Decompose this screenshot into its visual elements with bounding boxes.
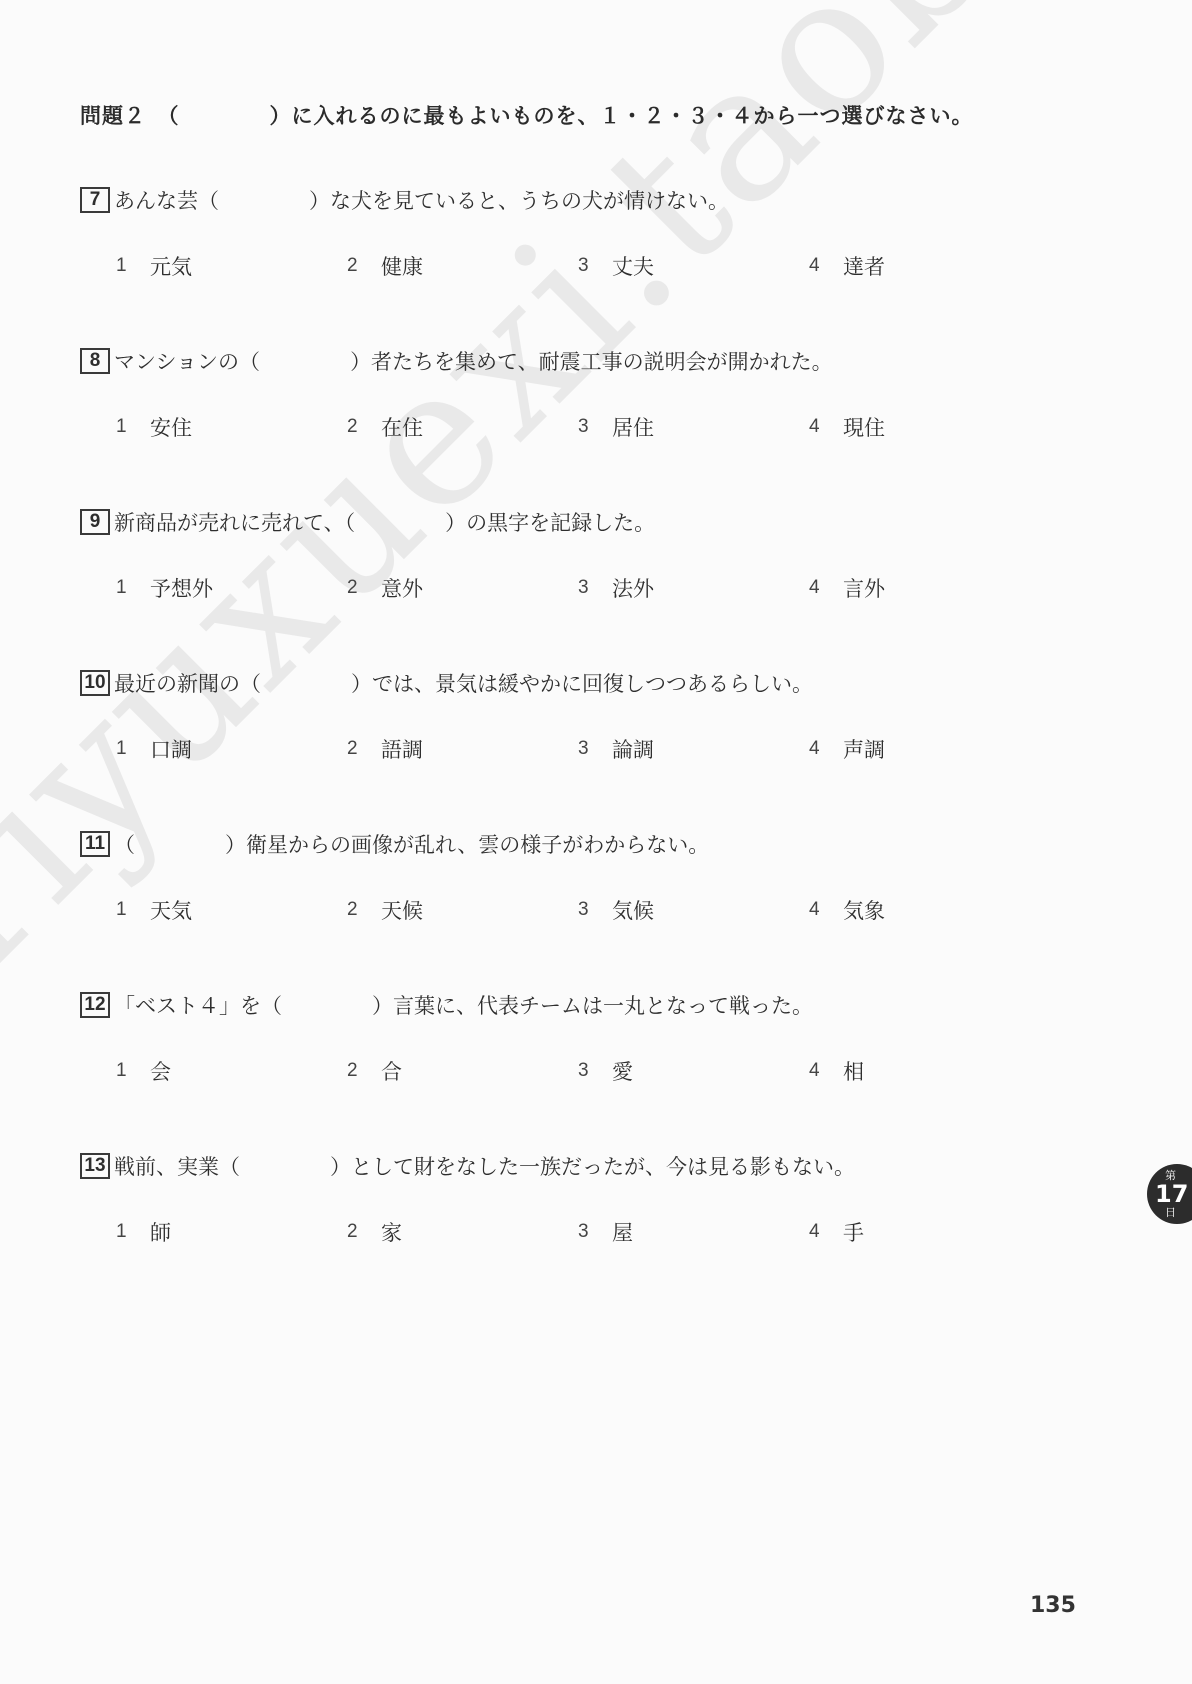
- page-number: 135: [1030, 1593, 1076, 1618]
- answer-options: 1口調 2語調 3論調 4声調: [80, 734, 1040, 764]
- stem-after-blank: ）衛星からの画像が乱れ、雲の様子がわからない。: [225, 829, 709, 859]
- option-3[interactable]: 3屋: [578, 1217, 809, 1247]
- option-text: 法外: [612, 573, 654, 603]
- question-stem: 10 最近の新聞の（ ）では、景気は緩やかに回復しつつあるらしい。: [80, 668, 1040, 698]
- option-number: 2: [347, 738, 381, 760]
- question-number-box: 10: [80, 670, 110, 696]
- option-text: 丈夫: [612, 251, 654, 281]
- option-text: 天気: [150, 895, 192, 925]
- option-text: 手: [843, 1217, 864, 1247]
- option-text: 居住: [612, 412, 654, 442]
- stem-after-blank: ）として財をなした一族だったが、今は見る影もない。: [330, 1151, 855, 1181]
- option-number: 3: [578, 1060, 612, 1082]
- question-7: 7 あんな芸（ ）な犬を見ていると、うちの犬が情けない。 1元気 2健康 3丈夫…: [80, 185, 1040, 281]
- stem-before-blank: 新商品が売れに売れて、（: [114, 507, 355, 537]
- stem-before-blank: 最近の新聞の（: [114, 668, 261, 698]
- stem-after-blank: ）の黒字を記録した。: [445, 507, 655, 537]
- answer-options: 1師 2家 3屋 4手: [80, 1217, 1040, 1247]
- question-13: 13 戦前、実業（ ）として財をなした一族だったが、今は見る影もない。 1師 2…: [80, 1151, 1040, 1247]
- option-1[interactable]: 1予想外: [116, 573, 347, 603]
- option-number: 4: [809, 1060, 843, 1082]
- question-stem: 11 （ ）衛星からの画像が乱れ、雲の様子がわからない。: [80, 829, 1040, 859]
- stem-after-blank: ）者たちを集めて、耐震工事の説明会が開かれた。: [350, 346, 833, 376]
- option-number: 4: [809, 899, 843, 921]
- option-number: 3: [578, 738, 612, 760]
- question-stem: 7 あんな芸（ ）な犬を見ていると、うちの犬が情けない。: [80, 185, 1040, 215]
- option-text: 言外: [843, 573, 885, 603]
- option-number: 4: [809, 577, 843, 599]
- question-number-box: 11: [80, 831, 110, 857]
- answer-options: 1安住 2在住 3居住 4現住: [80, 412, 1040, 442]
- question-number-box: 9: [80, 509, 110, 535]
- answer-options: 1天気 2天候 3気候 4気象: [80, 895, 1040, 925]
- stem-before-blank: 「ベスト４」を（: [114, 990, 282, 1020]
- option-3[interactable]: 3法外: [578, 573, 809, 603]
- option-number: 4: [809, 738, 843, 760]
- option-number: 2: [347, 577, 381, 599]
- option-number: 3: [578, 899, 612, 921]
- stem-before-blank: 戦前、実業（: [114, 1151, 240, 1181]
- option-number: 1: [116, 1060, 150, 1082]
- option-number: 2: [347, 416, 381, 438]
- option-2[interactable]: 2家: [347, 1217, 578, 1247]
- option-2[interactable]: 2意外: [347, 573, 578, 603]
- day-badge-number: 17: [1155, 1182, 1188, 1206]
- option-text: 声調: [843, 734, 885, 764]
- option-number: 2: [347, 1221, 381, 1243]
- stem-after-blank: ）言葉に、代表チームは一丸となって戦った。: [372, 990, 813, 1020]
- day-badge-suffix: 日: [1165, 1207, 1176, 1218]
- option-2[interactable]: 2天候: [347, 895, 578, 925]
- question-stem: 8 マンションの（ ）者たちを集めて、耐震工事の説明会が開かれた。: [80, 346, 1040, 376]
- stem-before-blank: あんな芸（: [114, 185, 219, 215]
- option-number: 1: [116, 255, 150, 277]
- option-text: 合: [381, 1056, 402, 1086]
- option-text: 意外: [381, 573, 423, 603]
- option-number: 4: [809, 1221, 843, 1243]
- option-3[interactable]: 3丈夫: [578, 251, 809, 281]
- option-number: 2: [347, 899, 381, 921]
- option-text: 相: [843, 1056, 864, 1086]
- option-3[interactable]: 3愛: [578, 1056, 809, 1086]
- instruction-prefix: 問題２ （: [80, 104, 180, 128]
- option-number: 3: [578, 255, 612, 277]
- question-10: 10 最近の新聞の（ ）では、景気は緩やかに回復しつつあるらしい。 1口調 2語…: [80, 668, 1040, 764]
- stem-before-blank: （: [114, 829, 135, 859]
- option-2[interactable]: 2在住: [347, 412, 578, 442]
- option-text: 安住: [150, 412, 192, 442]
- option-number: 4: [809, 255, 843, 277]
- option-2[interactable]: 2合: [347, 1056, 578, 1086]
- option-4[interactable]: 4声調: [809, 734, 1040, 764]
- option-number: 3: [578, 416, 612, 438]
- option-4[interactable]: 4手: [809, 1217, 1040, 1247]
- option-1[interactable]: 1元気: [116, 251, 347, 281]
- option-3[interactable]: 3居住: [578, 412, 809, 442]
- option-text: 師: [150, 1217, 171, 1247]
- option-text: 気候: [612, 895, 654, 925]
- option-text: 健康: [381, 251, 423, 281]
- option-text: 在住: [381, 412, 423, 442]
- option-text: 愛: [612, 1056, 633, 1086]
- question-12: 12 「ベスト４」を（ ）言葉に、代表チームは一丸となって戦った。 1会 2合 …: [80, 990, 1040, 1086]
- option-text: 屋: [612, 1217, 633, 1247]
- option-3[interactable]: 3気候: [578, 895, 809, 925]
- option-text: 天候: [381, 895, 423, 925]
- day-badge: 第 17 日: [1147, 1164, 1192, 1224]
- option-4[interactable]: 4現住: [809, 412, 1040, 442]
- option-2[interactable]: 2健康: [347, 251, 578, 281]
- option-number: 1: [116, 577, 150, 599]
- option-4[interactable]: 4気象: [809, 895, 1040, 925]
- stem-after-blank: ）な犬を見ていると、うちの犬が情けない。: [309, 185, 729, 215]
- question-stem: 13 戦前、実業（ ）として財をなした一族だったが、今は見る影もない。: [80, 1151, 1040, 1181]
- instruction-heading: 問題２ （）に入れるのに最もよいものを、１・２・３・４から一つ選びなさい。: [80, 100, 974, 130]
- option-2[interactable]: 2語調: [347, 734, 578, 764]
- option-4[interactable]: 4達者: [809, 251, 1040, 281]
- option-1[interactable]: 1会: [116, 1056, 347, 1086]
- textbook-page: riyuxuexi.taobao.com 問題２ （）に入れるのに最もよいものを…: [0, 0, 1192, 1684]
- option-number: 2: [347, 1060, 381, 1082]
- option-number: 1: [116, 738, 150, 760]
- option-number: 2: [347, 255, 381, 277]
- option-text: 口調: [150, 734, 192, 764]
- option-number: 1: [116, 899, 150, 921]
- option-text: 元気: [150, 251, 192, 281]
- answer-options: 1会 2合 3愛 4相: [80, 1056, 1040, 1086]
- option-number: 4: [809, 416, 843, 438]
- question-stem: 12 「ベスト４」を（ ）言葉に、代表チームは一丸となって戦った。: [80, 990, 1040, 1020]
- question-8: 8 マンションの（ ）者たちを集めて、耐震工事の説明会が開かれた。 1安住 2在…: [80, 346, 1040, 442]
- option-1[interactable]: 1師: [116, 1217, 347, 1247]
- question-9: 9 新商品が売れに売れて、（ ）の黒字を記録した。 1予想外 2意外 3法外 4…: [80, 507, 1040, 603]
- stem-before-blank: マンションの（: [114, 346, 260, 376]
- question-number-box: 7: [80, 187, 110, 213]
- option-number: 1: [116, 416, 150, 438]
- option-text: 現住: [843, 412, 885, 442]
- option-text: 達者: [843, 251, 885, 281]
- option-text: 会: [150, 1056, 171, 1086]
- answer-options: 1元気 2健康 3丈夫 4達者: [80, 251, 1040, 281]
- option-1[interactable]: 1天気: [116, 895, 347, 925]
- option-text: 気象: [843, 895, 885, 925]
- option-number: 1: [116, 1221, 150, 1243]
- question-number-box: 12: [80, 992, 110, 1018]
- option-3[interactable]: 3論調: [578, 734, 809, 764]
- option-4[interactable]: 4相: [809, 1056, 1040, 1086]
- option-text: 予想外: [150, 573, 213, 603]
- question-number-box: 13: [80, 1153, 110, 1179]
- stem-after-blank: ）では、景気は緩やかに回復しつつあるらしい。: [351, 668, 813, 698]
- option-1[interactable]: 1口調: [116, 734, 347, 764]
- option-number: 3: [578, 1221, 612, 1243]
- option-4[interactable]: 4言外: [809, 573, 1040, 603]
- question-stem: 9 新商品が売れに売れて、（ ）の黒字を記録した。: [80, 507, 1040, 537]
- option-text: 語調: [381, 734, 423, 764]
- instruction-suffix: ）に入れるのに最もよいものを、１・２・３・４から一つ選びなさい。: [270, 104, 974, 128]
- option-text: 家: [381, 1217, 402, 1247]
- option-1[interactable]: 1安住: [116, 412, 347, 442]
- answer-options: 1予想外 2意外 3法外 4言外: [80, 573, 1040, 603]
- question-number-box: 8: [80, 348, 110, 374]
- option-number: 3: [578, 577, 612, 599]
- question-11: 11 （ ）衛星からの画像が乱れ、雲の様子がわからない。 1天気 2天候 3気候…: [80, 829, 1040, 925]
- option-text: 論調: [612, 734, 654, 764]
